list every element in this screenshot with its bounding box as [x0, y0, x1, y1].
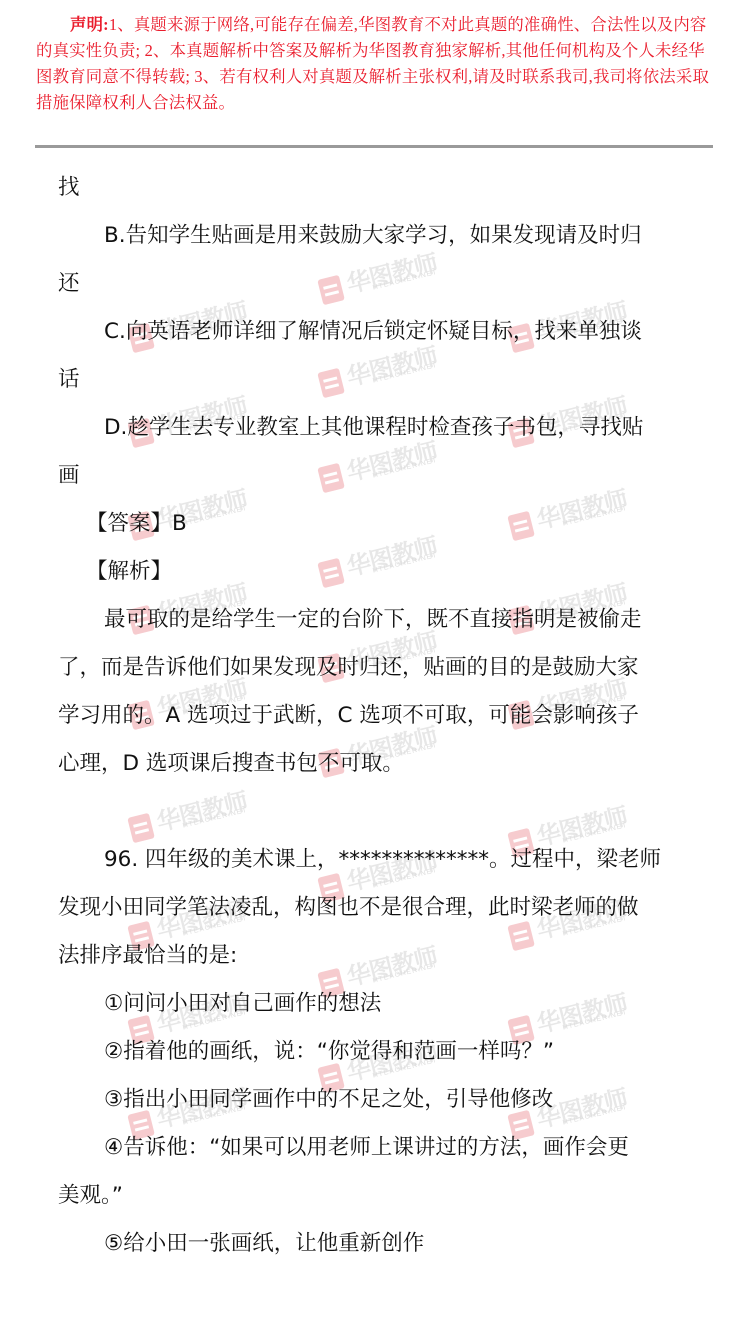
analysis-line: 了，而是告诉他们如果发现及时归还，贴画的目的是鼓励大家 [58, 644, 718, 692]
step-item-4-tail: 美观。” [58, 1172, 718, 1220]
header-divider [35, 145, 713, 148]
answer-label: 【答案】B [58, 500, 718, 548]
spacer [58, 788, 718, 836]
document-page: 华图教师 HTEACHER.NET 华图教师 HTEACHER.NET 华图教师… [0, 0, 748, 1335]
disclaimer-text: 1、真题来源于网络,可能存在偏差,华图教育不对此真题的准确性、合法性以及内容的真… [36, 15, 709, 112]
option-a-tail: 找 [58, 164, 718, 212]
question-96-stem: 法排序最恰当的是: [58, 932, 718, 980]
step-item-4: ④告诉他：“如果可以用老师上课讲过的方法，画作会更 [58, 1124, 718, 1172]
document-body: 找 B.告知学生贴画是用来鼓励大家学习，如果发现请及时归 还 C.向英语老师详细… [58, 164, 718, 1268]
analysis-label: 【解析】 [58, 548, 718, 596]
disclaimer-notice: 声明:1、真题来源于网络,可能存在偏差,华图教育不对此真题的准确性、合法性以及内… [36, 12, 716, 116]
option-d-tail: 画 [58, 452, 718, 500]
option-c: C.向英语老师详细了解情况后锁定怀疑目标，找来单独谈 [58, 308, 718, 356]
step-item-2: ②指着他的画纸，说：“你觉得和范画一样吗？” [58, 1028, 718, 1076]
option-b: B.告知学生贴画是用来鼓励大家学习，如果发现请及时归 [58, 212, 718, 260]
question-96-stem: 发现小田同学笔法凌乱，构图也不是很合理，此时梁老师的做 [58, 884, 718, 932]
analysis-line: 心理，D 选项课后搜查书包不可取。 [58, 740, 718, 788]
step-item-1: ①问问小田对自己画作的想法 [58, 980, 718, 1028]
analysis-line: 最可取的是给学生一定的台阶下，既不直接指明是被偷走 [58, 596, 718, 644]
step-item-3: ③指出小田同学画作中的不足之处，引导他修改 [58, 1076, 718, 1124]
analysis-line: 学习用的。A 选项过于武断，C 选项不可取，可能会影响孩子 [58, 692, 718, 740]
step-item-5: ⑤给小田一张画纸，让他重新创作 [58, 1220, 718, 1268]
option-d: D.趁学生去专业教室上其他课程时检查孩子书包，寻找贴 [58, 404, 718, 452]
option-c-tail: 话 [58, 356, 718, 404]
disclaimer-lead: 声明: [70, 15, 109, 34]
question-96-stem: 96. 四年级的美术课上，**************。过程中，梁老师 [58, 836, 718, 884]
option-b-tail: 还 [58, 260, 718, 308]
